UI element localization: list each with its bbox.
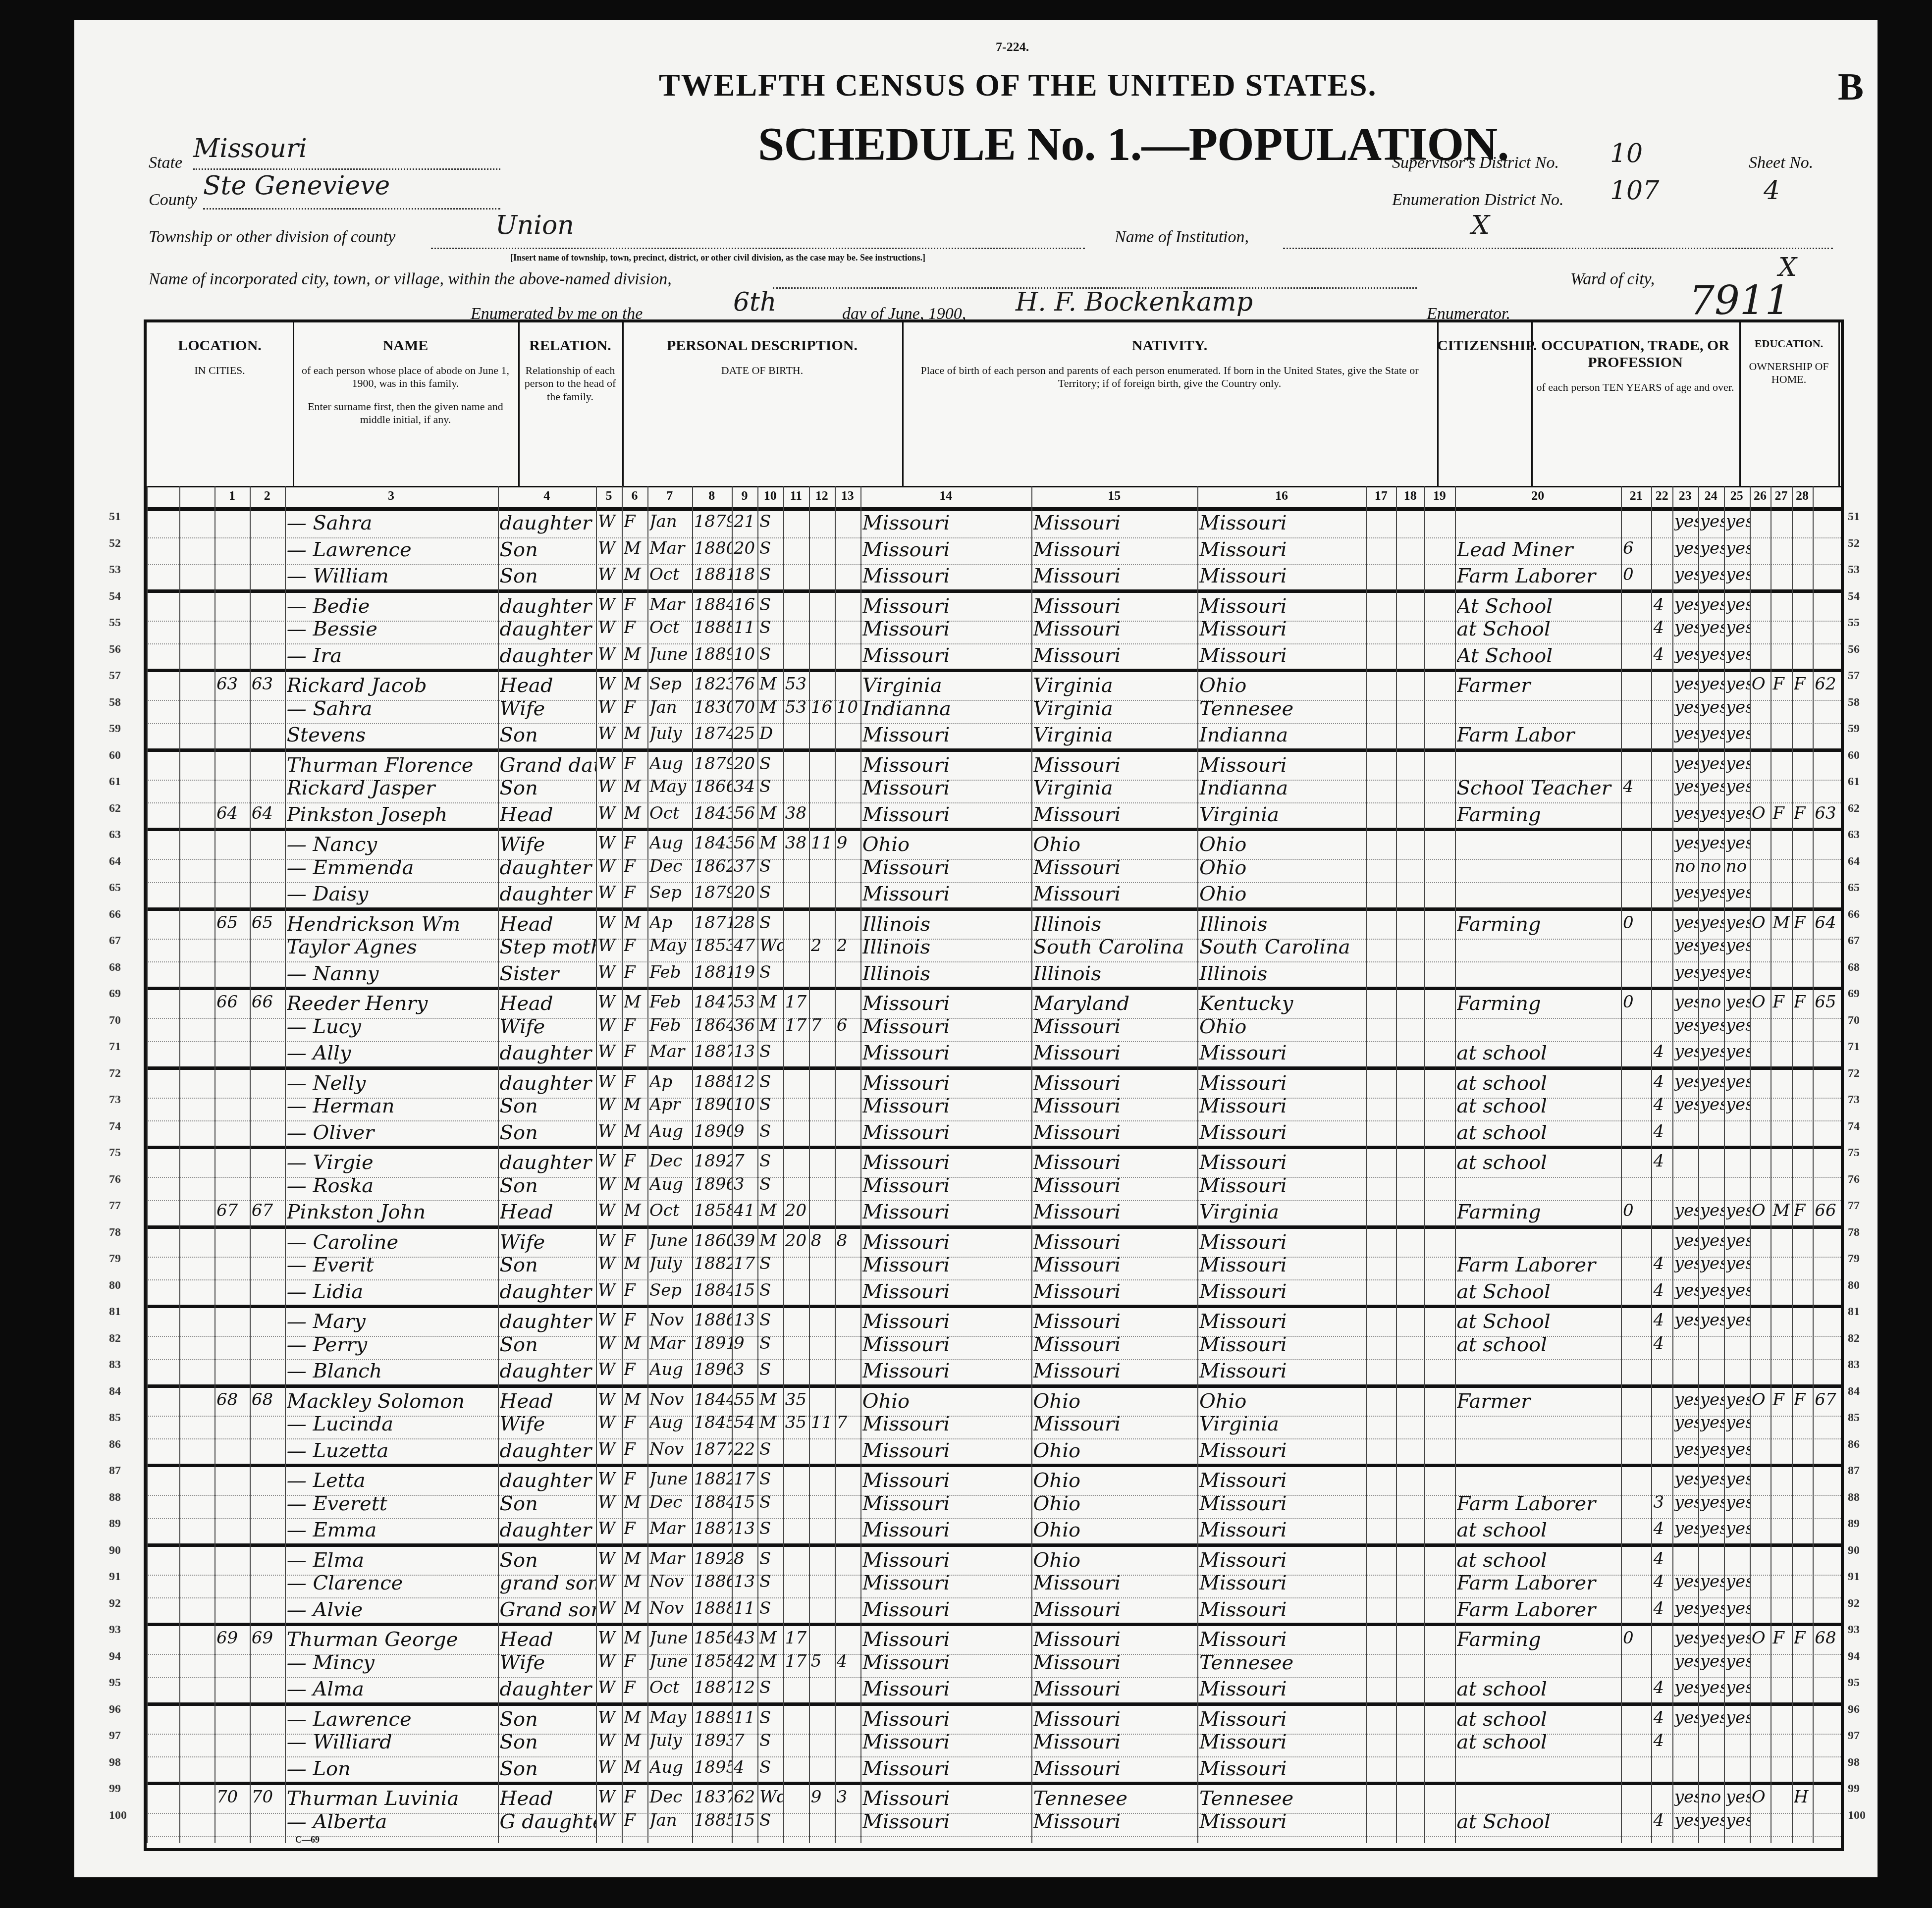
cell-read: yes bbox=[1674, 1810, 1698, 1830]
cell-relation: daughter bbox=[500, 1310, 596, 1333]
column-number: 24 bbox=[1698, 488, 1724, 503]
line-number: 89 bbox=[109, 1517, 121, 1531]
cell-write: yes bbox=[1700, 1708, 1724, 1728]
sheet-value: 4 bbox=[1764, 176, 1780, 206]
cell-month: Apr bbox=[649, 1095, 692, 1114]
table-row: — AlbertaG daughterWFJan188515SMissouriM… bbox=[147, 1808, 1841, 1837]
line-number: 63 bbox=[1848, 828, 1860, 842]
cell-father_birth: Ohio bbox=[1033, 833, 1197, 856]
cell-sex: M bbox=[624, 803, 647, 823]
cell-color: W bbox=[598, 724, 622, 743]
cell-marital: S bbox=[759, 1042, 783, 1061]
cell-relation: daughter bbox=[500, 883, 596, 905]
cell-name: — Luzetta bbox=[287, 1439, 498, 1462]
cell-name: — Lon bbox=[287, 1757, 498, 1780]
cell-marital: S bbox=[759, 754, 783, 774]
cell-english: yes bbox=[1726, 1519, 1750, 1538]
cell-yrs_married: 17 bbox=[785, 1015, 809, 1035]
line-number: 79 bbox=[109, 1252, 121, 1266]
line-number: 98 bbox=[109, 1756, 121, 1769]
cell-birth: Missouri bbox=[862, 595, 1031, 618]
cell-write: yes bbox=[1700, 1072, 1724, 1092]
cell-color: W bbox=[598, 1121, 622, 1141]
line-number: 87 bbox=[1848, 1464, 1860, 1478]
cell-english: yes bbox=[1726, 1492, 1750, 1512]
cell-write: yes bbox=[1700, 512, 1724, 531]
cell-english: yes bbox=[1726, 1390, 1750, 1410]
cell-age: 15 bbox=[734, 1280, 757, 1300]
sheet-label: Sheet No. bbox=[1749, 154, 1813, 172]
cell-name: — Roska bbox=[287, 1174, 498, 1197]
cell-father_birth: Missouri bbox=[1033, 1280, 1197, 1303]
line-number: 78 bbox=[1848, 1226, 1860, 1239]
cell-marital: S bbox=[759, 1095, 783, 1114]
cell-father_birth: Ohio bbox=[1033, 1469, 1197, 1492]
cell-color: W bbox=[598, 1628, 622, 1648]
cell-write: yes bbox=[1700, 1810, 1724, 1830]
cell-marital: S bbox=[759, 1280, 783, 1300]
cell-father_birth: Missouri bbox=[1033, 565, 1197, 587]
cell-yrs_married: 17 bbox=[785, 1651, 809, 1671]
cell-father_birth: Missouri bbox=[1033, 803, 1197, 826]
cell-age: 62 bbox=[734, 1787, 757, 1807]
cell-owned: O bbox=[1752, 803, 1771, 823]
cell-mother_birth: Illinois bbox=[1199, 962, 1366, 985]
cell-month: May bbox=[649, 936, 692, 955]
cell-name: Thurman Florence bbox=[287, 754, 498, 777]
township-line bbox=[431, 248, 1085, 249]
cell-relation: Wife bbox=[500, 1413, 596, 1435]
cell-sex: F bbox=[624, 1360, 647, 1379]
grid-line bbox=[647, 486, 648, 1843]
cell-year: 1844 bbox=[694, 1390, 732, 1410]
table-row: — SahraWifeWFJan183070M531610IndiannaVir… bbox=[147, 695, 1841, 724]
column-number: 11 bbox=[783, 488, 809, 503]
cell-age: 3 bbox=[734, 1174, 757, 1194]
cell-english: yes bbox=[1726, 697, 1750, 717]
cell-marital: S bbox=[759, 538, 783, 558]
cell-color: W bbox=[598, 754, 622, 774]
cell-marital: M bbox=[759, 1201, 783, 1220]
cell-farm: F bbox=[1794, 913, 1813, 933]
cell-read: yes bbox=[1674, 1708, 1698, 1728]
grid-line bbox=[1455, 486, 1456, 1843]
cell-month: Aug bbox=[649, 833, 692, 853]
cell-age: 34 bbox=[734, 777, 757, 796]
cell-color: W bbox=[598, 1360, 622, 1379]
cell-birth: Missouri bbox=[862, 1174, 1031, 1197]
cell-mother_birth: Missouri bbox=[1199, 538, 1366, 561]
cell-sex: M bbox=[624, 913, 647, 933]
line-number: 81 bbox=[1848, 1305, 1860, 1319]
cell-age: 13 bbox=[734, 1572, 757, 1591]
cell-birth: Missouri bbox=[862, 1439, 1031, 1462]
cell-color: W bbox=[598, 1492, 622, 1512]
cell-father_birth: Missouri bbox=[1033, 1708, 1197, 1731]
cell-write: yes bbox=[1700, 1572, 1724, 1591]
cell-marital: D bbox=[759, 724, 783, 743]
cell-occupation: at School bbox=[1457, 1310, 1621, 1333]
cell-age: 25 bbox=[734, 724, 757, 743]
cell-birth: Missouri bbox=[862, 1757, 1031, 1780]
cell-mother_birth: Missouri bbox=[1199, 1042, 1366, 1064]
cell-relation: Head bbox=[500, 1628, 596, 1651]
cell-family: 70 bbox=[252, 1787, 285, 1807]
cell-year: 1866 bbox=[694, 777, 732, 796]
cell-sex: F bbox=[624, 754, 647, 774]
enumerated-day: 6th bbox=[733, 287, 776, 317]
cell-birth: Missouri bbox=[862, 538, 1031, 561]
cell-month: May bbox=[649, 1708, 692, 1728]
cell-school: 4 bbox=[1653, 1121, 1672, 1141]
cell-mother_birth: Missouri bbox=[1199, 1231, 1366, 1254]
cell-year: 1890 bbox=[694, 1121, 732, 1141]
cell-sex: M bbox=[624, 1121, 647, 1141]
cell-marital: S bbox=[759, 618, 783, 637]
line-number: 66 bbox=[109, 908, 121, 921]
cell-marital: S bbox=[759, 1810, 783, 1830]
cell-english: yes bbox=[1726, 1310, 1750, 1330]
cell-birth: Missouri bbox=[862, 1492, 1031, 1515]
cell-relation: Son bbox=[500, 1492, 596, 1515]
cell-month: Dec bbox=[649, 1492, 692, 1512]
cell-free: F bbox=[1772, 674, 1792, 694]
column-number: 8 bbox=[692, 488, 732, 503]
cell-mother_of: 8 bbox=[811, 1231, 835, 1251]
cell-name: — Virgie bbox=[287, 1151, 498, 1174]
cell-school: 4 bbox=[1653, 1072, 1672, 1092]
state-value: Missouri bbox=[193, 134, 307, 163]
cell-color: W bbox=[598, 913, 622, 933]
cell-months_unemployed: 0 bbox=[1623, 565, 1651, 584]
cell-age: 21 bbox=[734, 512, 757, 531]
cell-age: 11 bbox=[734, 1598, 757, 1618]
cell-relation: Sister bbox=[500, 962, 596, 985]
cell-write: yes bbox=[1700, 777, 1724, 796]
cell-color: W bbox=[598, 1231, 622, 1251]
cell-school: 4 bbox=[1653, 1310, 1672, 1330]
line-number: 61 bbox=[1848, 775, 1860, 789]
table-row: — BessiedaughterWFOct188811SMissouriMiss… bbox=[147, 616, 1841, 644]
table-row: — PerrySonWMMar18919SMissouriMissouriMis… bbox=[147, 1331, 1841, 1360]
cell-father_birth: Missouri bbox=[1033, 644, 1197, 667]
cell-name: Thurman Luvinia bbox=[287, 1787, 498, 1810]
cell-occupation: At School bbox=[1457, 595, 1621, 618]
column-number: 28 bbox=[1792, 488, 1813, 503]
cell-relation: Head bbox=[500, 1201, 596, 1223]
cell-write: yes bbox=[1700, 565, 1724, 584]
cell-birth: Missouri bbox=[862, 992, 1031, 1015]
cell-mother_birth: Missouri bbox=[1199, 644, 1366, 667]
cell-read: yes bbox=[1674, 1469, 1698, 1489]
nativity-header: NATIVITY.Place of birth of each person a… bbox=[902, 322, 1439, 486]
cell-read: yes bbox=[1674, 565, 1698, 584]
grid-line bbox=[692, 486, 693, 1843]
cell-color: W bbox=[598, 1651, 622, 1671]
cell-sex: F bbox=[624, 1469, 647, 1489]
line-number: 90 bbox=[1848, 1544, 1860, 1557]
population-table: LOCATION.IN CITIES. NAMEof each person w… bbox=[144, 319, 1844, 1851]
cell-month: Feb bbox=[649, 1015, 692, 1035]
cell-english: yes bbox=[1726, 1469, 1750, 1489]
cell-birth: Missouri bbox=[862, 1651, 1031, 1674]
cell-color: W bbox=[598, 1731, 622, 1750]
cell-sex: M bbox=[624, 992, 647, 1012]
cell-year: 1895 bbox=[694, 1757, 732, 1777]
cell-month: Ap bbox=[649, 913, 692, 933]
grid-line bbox=[596, 486, 597, 1843]
table-row: — RoskaSonWMAug18963SMissouriMissouriMis… bbox=[147, 1172, 1841, 1201]
cell-age: 9 bbox=[734, 1121, 757, 1141]
cell-mother_birth: Ohio bbox=[1199, 674, 1366, 697]
cell-month: Dec bbox=[649, 1151, 692, 1171]
line-number: 78 bbox=[109, 1226, 121, 1239]
line-number: 91 bbox=[109, 1570, 121, 1584]
cell-occupation: at school bbox=[1457, 1095, 1621, 1117]
cell-age: 36 bbox=[734, 1015, 757, 1035]
cell-name: — Elma bbox=[287, 1549, 498, 1572]
cell-mother_birth: Missouri bbox=[1199, 565, 1366, 587]
cell-year: 1892 bbox=[694, 1549, 732, 1569]
cell-marital: M bbox=[759, 1651, 783, 1671]
cell-relation: Step mother bbox=[500, 936, 596, 958]
cell-year: 1877 bbox=[694, 1439, 732, 1459]
cell-relation: Son bbox=[500, 1254, 596, 1276]
cell-marital: S bbox=[759, 883, 783, 902]
grid-line bbox=[1750, 486, 1751, 1843]
table-row: — AlmadaughterWFOct188712SMissouriMissou… bbox=[147, 1676, 1841, 1704]
cell-english: no bbox=[1726, 856, 1750, 876]
cell-relation: daughter bbox=[500, 1280, 596, 1303]
cell-read: yes bbox=[1674, 777, 1698, 796]
township-value: Union bbox=[495, 211, 574, 240]
grid-line bbox=[1672, 486, 1673, 1843]
cell-month: June bbox=[649, 1469, 692, 1489]
cell-read: yes bbox=[1674, 1072, 1698, 1092]
table-row: — EmmadaughterWFMar188713SMissouriOhioMi… bbox=[147, 1517, 1841, 1545]
line-number: 91 bbox=[1848, 1570, 1860, 1584]
cell-relation: Wife bbox=[500, 1015, 596, 1038]
cell-sex: F bbox=[624, 1231, 647, 1251]
line-number: 58 bbox=[109, 696, 121, 709]
cell-sex: M bbox=[624, 1390, 647, 1410]
cell-marital: S bbox=[759, 565, 783, 584]
cell-yrs_married: 20 bbox=[785, 1231, 809, 1251]
cell-birth: Missouri bbox=[862, 1333, 1031, 1356]
cell-month: Aug bbox=[649, 1757, 692, 1777]
cell-sex: F bbox=[624, 962, 647, 982]
cell-month: Aug bbox=[649, 754, 692, 774]
column-number: 3 bbox=[285, 488, 498, 503]
cell-month: Jan bbox=[649, 697, 692, 717]
cell-name: — Daisy bbox=[287, 883, 498, 905]
cell-mother_birth: Missouri bbox=[1199, 1731, 1366, 1753]
cell-months_unemployed: 0 bbox=[1623, 1628, 1651, 1648]
cell-read: yes bbox=[1674, 1390, 1698, 1410]
state-line bbox=[193, 168, 500, 170]
cell-mother_birth: Missouri bbox=[1199, 1549, 1366, 1572]
grid-line bbox=[1366, 486, 1367, 1843]
cell-dwelling: 66 bbox=[216, 992, 250, 1012]
cell-occupation: Farming bbox=[1457, 1201, 1621, 1223]
line-number: 56 bbox=[1848, 643, 1860, 656]
personal-header: PERSONAL DESCRIPTION.DATE OF BIRTH. bbox=[622, 322, 904, 486]
cell-color: W bbox=[598, 883, 622, 902]
cell-month: Mar bbox=[649, 1549, 692, 1569]
cell-mother_birth: Ohio bbox=[1199, 883, 1366, 905]
cell-owned: O bbox=[1752, 1787, 1771, 1807]
cell-living: 7 bbox=[837, 1413, 860, 1432]
cell-mother_birth: Missouri bbox=[1199, 1310, 1366, 1333]
cell-sex: F bbox=[624, 1413, 647, 1432]
line-number: 64 bbox=[1848, 855, 1860, 868]
cell-school: 4 bbox=[1653, 1151, 1672, 1171]
cell-read: yes bbox=[1674, 1201, 1698, 1220]
cell-father_birth: Missouri bbox=[1033, 512, 1197, 534]
cell-read: yes bbox=[1674, 962, 1698, 982]
cell-birth: Missouri bbox=[862, 512, 1031, 534]
cell-father_birth: Missouri bbox=[1033, 1174, 1197, 1197]
cell-birth: Missouri bbox=[862, 883, 1031, 905]
cell-school: 4 bbox=[1653, 1731, 1672, 1750]
cell-sex: F bbox=[624, 1519, 647, 1538]
cell-sex: M bbox=[624, 1201, 647, 1220]
cell-relation: Son bbox=[500, 1757, 596, 1780]
cell-read: yes bbox=[1674, 1280, 1698, 1300]
cell-write: yes bbox=[1700, 1254, 1724, 1273]
cell-name: — Clarence bbox=[287, 1572, 498, 1594]
cell-birth: Missouri bbox=[862, 1598, 1031, 1621]
cell-name: — William bbox=[287, 565, 498, 587]
cell-birth: Missouri bbox=[862, 1731, 1031, 1753]
line-number: 84 bbox=[109, 1385, 121, 1398]
cell-sex: F bbox=[624, 1280, 647, 1300]
cell-name: Pinkston John bbox=[287, 1201, 498, 1223]
cell-occupation: at school bbox=[1457, 1731, 1621, 1753]
cell-write: yes bbox=[1700, 1492, 1724, 1512]
grid-line bbox=[1792, 486, 1793, 1843]
cell-occupation: Farming bbox=[1457, 913, 1621, 936]
cell-read: yes bbox=[1674, 913, 1698, 933]
cell-mother_of: 9 bbox=[811, 1787, 835, 1807]
cell-mother_birth: Missouri bbox=[1199, 1280, 1366, 1303]
cell-marital: S bbox=[759, 1439, 783, 1459]
cell-father_birth: Missouri bbox=[1033, 1678, 1197, 1700]
cell-birth: Missouri bbox=[862, 1095, 1031, 1117]
cell-birth: Missouri bbox=[862, 1708, 1031, 1731]
cell-name: — Williard bbox=[287, 1731, 498, 1753]
line-number: 96 bbox=[1848, 1703, 1860, 1716]
grid-line bbox=[622, 486, 623, 1843]
cell-english: yes bbox=[1726, 833, 1750, 853]
table-row: Taylor AgnesStep motherWFMay185347Wd22Il… bbox=[147, 934, 1841, 962]
line-number: 54 bbox=[109, 590, 121, 603]
cell-color: W bbox=[598, 962, 622, 982]
cell-month: Mar bbox=[649, 595, 692, 615]
cell-relation: daughter bbox=[500, 1469, 596, 1492]
cell-mother_birth: Missouri bbox=[1199, 1519, 1366, 1541]
line-number: 70 bbox=[1848, 1014, 1860, 1027]
cell-name: — Everit bbox=[287, 1254, 498, 1276]
cell-relation: G daughter bbox=[500, 1810, 596, 1833]
cell-sex: F bbox=[624, 595, 647, 615]
grid-line bbox=[1724, 486, 1725, 1843]
cell-marital: S bbox=[759, 1731, 783, 1750]
cell-read: yes bbox=[1674, 1439, 1698, 1459]
cell-name: — Perry bbox=[287, 1333, 498, 1356]
cell-sex: F bbox=[624, 697, 647, 717]
cell-english: yes bbox=[1726, 1072, 1750, 1092]
cell-relation: Son bbox=[500, 538, 596, 561]
grid-line bbox=[215, 486, 215, 1843]
cell-marital: M bbox=[759, 1413, 783, 1432]
cell-month: Oct bbox=[649, 1201, 692, 1220]
cell-read: yes bbox=[1674, 1572, 1698, 1591]
cell-free: M bbox=[1772, 913, 1792, 933]
column-number: 21 bbox=[1621, 488, 1651, 503]
cell-english: yes bbox=[1726, 1678, 1750, 1697]
cell-school: 4 bbox=[1653, 1708, 1672, 1728]
cell-father_birth: Missouri bbox=[1033, 1231, 1197, 1254]
cell-birth: Missouri bbox=[862, 565, 1031, 587]
cell-marital: S bbox=[759, 512, 783, 531]
table-row: — EveritSonWMJuly188217SMissouriMissouri… bbox=[147, 1252, 1841, 1280]
cell-english: yes bbox=[1726, 803, 1750, 823]
cell-english: yes bbox=[1726, 913, 1750, 933]
cell-year: 1847 bbox=[694, 992, 732, 1012]
cell-sex: M bbox=[624, 644, 647, 664]
cell-read: yes bbox=[1674, 538, 1698, 558]
cell-birth: Missouri bbox=[862, 1810, 1031, 1833]
line-number: 66 bbox=[1848, 908, 1860, 921]
cell-year: 1880 bbox=[694, 538, 732, 558]
cell-age: 39 bbox=[734, 1231, 757, 1251]
cell-owned: O bbox=[1752, 992, 1771, 1012]
cell-write: yes bbox=[1700, 724, 1724, 743]
cell-farm: F bbox=[1794, 1201, 1813, 1220]
cell-father_birth: Missouri bbox=[1033, 1254, 1197, 1276]
line-number: 73 bbox=[109, 1093, 121, 1107]
cell-english: yes bbox=[1726, 1598, 1750, 1618]
cell-write: yes bbox=[1700, 1678, 1724, 1697]
cell-age: 19 bbox=[734, 962, 757, 982]
cell-age: 11 bbox=[734, 1708, 757, 1728]
cell-name: — Nelly bbox=[287, 1072, 498, 1095]
cell-marital: S bbox=[759, 595, 783, 615]
cell-relation: Son bbox=[500, 777, 596, 799]
cell-name: Pinkston Joseph bbox=[287, 803, 498, 826]
cell-birth: Indianna bbox=[862, 697, 1031, 720]
cell-name: — Sahra bbox=[287, 512, 498, 534]
cell-father_birth: Missouri bbox=[1033, 1572, 1197, 1594]
table-row: — WilliamSonWMOct188118SMissouriMissouri… bbox=[147, 563, 1841, 591]
cell-sex: F bbox=[624, 856, 647, 876]
cell-name: Hendrickson Wm bbox=[287, 913, 498, 936]
cell-age: 76 bbox=[734, 674, 757, 694]
cell-school: 4 bbox=[1653, 1519, 1672, 1538]
cell-write: yes bbox=[1700, 1390, 1724, 1410]
table-row: — LucindaWifeWFAug184554M35117MissouriMi… bbox=[147, 1411, 1841, 1439]
table-row: — LidiadaughterWFSep188415SMissouriMisso… bbox=[147, 1278, 1841, 1307]
cell-mother_birth: Missouri bbox=[1199, 1254, 1366, 1276]
cell-sex: F bbox=[624, 1810, 647, 1830]
grid-line bbox=[1813, 486, 1814, 1843]
line-number: 62 bbox=[1848, 802, 1860, 815]
line-number: 73 bbox=[1848, 1093, 1860, 1107]
cell-birth: Missouri bbox=[862, 1072, 1031, 1095]
cell-farm: F bbox=[1794, 1390, 1813, 1410]
cell-months_unemployed: 0 bbox=[1623, 1201, 1651, 1220]
